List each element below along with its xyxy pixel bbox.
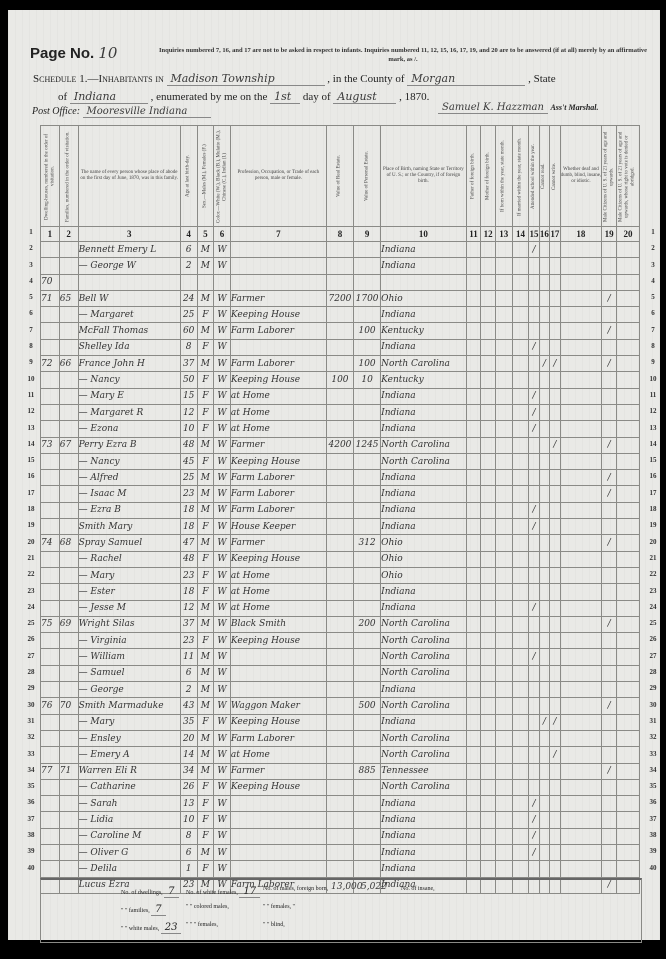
father-foreign: [466, 486, 481, 502]
born-within-year: [495, 698, 512, 714]
family-number: 66: [59, 356, 78, 372]
color: W: [214, 290, 231, 306]
cannot-read: [539, 437, 549, 453]
cannot-read: [539, 828, 549, 844]
personal-estate-value: [354, 861, 381, 877]
occupation: [230, 242, 326, 258]
vote-denied: [616, 242, 639, 258]
sex: M: [197, 242, 214, 258]
personal-estate-total: 5,022: [361, 882, 387, 892]
born-within-year: [495, 584, 512, 600]
occupation: at Home: [230, 404, 326, 420]
disability: [560, 388, 602, 404]
dwelling-number: [41, 584, 60, 600]
male-citizen: [602, 567, 617, 583]
age: 6: [180, 242, 197, 258]
color: W: [214, 470, 231, 486]
married-within-year: [512, 535, 529, 551]
real-estate-value: [326, 404, 353, 420]
family-number: 67: [59, 437, 78, 453]
cannot-read: [539, 519, 549, 535]
insane-label: No. of insane,: [401, 886, 435, 892]
family-number: [59, 567, 78, 583]
mother-foreign: [481, 682, 496, 698]
color: W: [214, 747, 231, 763]
line-number: 27: [646, 648, 660, 664]
person-name: — William: [78, 649, 180, 665]
person-name: — Jesse M: [78, 600, 180, 616]
personal-estate-value: [354, 339, 381, 355]
real-estate-value: [326, 502, 353, 518]
father-foreign: [466, 584, 481, 600]
married-within-year: [512, 796, 529, 812]
col-num: 19: [602, 227, 617, 242]
person-name: — Isaac M: [78, 486, 180, 502]
father-foreign: [466, 258, 481, 274]
cannot-write: [550, 421, 560, 437]
born-within-year: [495, 779, 512, 795]
family-number: [59, 519, 78, 535]
age: 50: [180, 372, 197, 388]
marshal-line: Samuel K. Hazzman Ass't Marshal.: [438, 102, 599, 113]
father-foreign: [466, 616, 481, 632]
family-number: [59, 861, 78, 877]
census-page: Page No. 10 Inquiries numbered 7, 16, an…: [8, 10, 660, 940]
male-citizen: [602, 714, 617, 730]
born-within-year: [495, 339, 512, 355]
vote-denied: [616, 682, 639, 698]
person-name: Smith Mary: [78, 519, 180, 535]
occupation: [230, 339, 326, 355]
father-foreign: [466, 665, 481, 681]
occupation: Farmer: [230, 437, 326, 453]
disability: [560, 682, 602, 698]
color: W: [214, 812, 231, 828]
occupation: Farmer: [230, 763, 326, 779]
person-name: — Alfred: [78, 470, 180, 486]
occupation: at Home: [230, 584, 326, 600]
disability: [560, 274, 602, 290]
attended-school: [529, 665, 539, 681]
line-number: 18: [646, 501, 660, 517]
dwelling-number: [41, 388, 60, 404]
family-number: [59, 600, 78, 616]
attended-school: [529, 323, 539, 339]
vote-denied: [616, 567, 639, 583]
dwelling-number: [41, 421, 60, 437]
occupation: Keeping House: [230, 714, 326, 730]
vote-denied: [616, 470, 639, 486]
personal-estate-value: [354, 665, 381, 681]
age: 18: [180, 519, 197, 535]
dwelling-number: [41, 453, 60, 469]
birthplace: Ohio: [381, 567, 467, 583]
line-number: 30: [24, 697, 38, 713]
col-num: 20: [616, 227, 639, 242]
white-females-count: No. of white females, 17: [186, 886, 260, 897]
col-header-19: Male Citizens of U. S. of 21 years of ag…: [602, 126, 617, 227]
male-citizen: [602, 551, 617, 567]
col-num: 16: [539, 227, 549, 242]
male-citizen: /: [602, 323, 617, 339]
attended-school: [529, 633, 539, 649]
dwelling-number: [41, 567, 60, 583]
cannot-write: [550, 616, 560, 632]
born-within-year: [495, 519, 512, 535]
line-number: 3: [24, 257, 38, 273]
disability: [560, 453, 602, 469]
dwelling-number: [41, 323, 60, 339]
father-foreign: [466, 698, 481, 714]
disability: [560, 437, 602, 453]
color: W: [214, 714, 231, 730]
cannot-write: [550, 779, 560, 795]
real-estate-value: 7200: [326, 290, 353, 306]
dwelling-number: [41, 844, 60, 860]
line-number: 15: [646, 452, 660, 468]
birthplace: Indiana: [381, 404, 467, 420]
line-number: 32: [24, 729, 38, 745]
real-estate-value: [326, 388, 353, 404]
sex: M: [197, 747, 214, 763]
line-number: 3: [646, 257, 660, 273]
line-number: 28: [24, 664, 38, 680]
occupation: Farmer: [230, 290, 326, 306]
sex: F: [197, 519, 214, 535]
birthplace: Indiana: [381, 796, 467, 812]
dwelling-number: [41, 779, 60, 795]
occupation: at Home: [230, 421, 326, 437]
col-header-13: If born within the year, state month.: [495, 126, 512, 227]
family-number: 71: [59, 763, 78, 779]
born-within-year: [495, 470, 512, 486]
dwellings-label: No. of dwellings,: [121, 890, 163, 896]
real-estate-value: [326, 698, 353, 714]
census-row: — Rachel48FWKeeping HouseOhio: [41, 551, 640, 567]
real-estate-value: [326, 421, 353, 437]
born-within-year: [495, 828, 512, 844]
line-number: 9: [24, 354, 38, 370]
real-estate-value: [326, 584, 353, 600]
color: W: [214, 437, 231, 453]
line-number: 36: [24, 794, 38, 810]
cannot-read: [539, 649, 549, 665]
census-row: — Delila1FWIndiana: [41, 861, 640, 877]
census-row: — Virginia23FWKeeping HouseNorth Carolin…: [41, 633, 640, 649]
family-number: [59, 421, 78, 437]
father-foreign: [466, 779, 481, 795]
vote-denied: [616, 290, 639, 306]
sex: M: [197, 616, 214, 632]
col-header-4: Age at last birth-day.: [180, 126, 197, 227]
cannot-write: [550, 242, 560, 258]
census-row: 7569Wright Silas37MWBlack Smith200North …: [41, 616, 640, 632]
cannot-read: [539, 421, 549, 437]
family-number: 68: [59, 535, 78, 551]
dwelling-number: [41, 600, 60, 616]
family-number: [59, 828, 78, 844]
blind-label: " " blind,: [263, 922, 285, 928]
census-row: — Ezra B18MWFarm LaborerIndiana/: [41, 502, 640, 518]
col-header-3: The name of every person whose place of …: [78, 126, 180, 227]
family-number: [59, 258, 78, 274]
cannot-read: [539, 339, 549, 355]
line-number: 14: [24, 436, 38, 452]
mother-foreign: [481, 388, 496, 404]
cannot-write: [550, 290, 560, 306]
age: 20: [180, 730, 197, 746]
mother-foreign: [481, 290, 496, 306]
line-number: 19: [646, 517, 660, 533]
sex: F: [197, 421, 214, 437]
married-within-year: [512, 861, 529, 877]
family-number: [59, 682, 78, 698]
sex: M: [197, 323, 214, 339]
dwelling-number: [41, 682, 60, 698]
cannot-write: [550, 404, 560, 420]
enumeration-line: of Indiana , enumerated by me on the 1st…: [58, 90, 429, 104]
real-estate-value: [326, 356, 353, 372]
color: W: [214, 404, 231, 420]
col-header-6: Color.—White (W.), Black (B.), Mulatto (…: [214, 126, 231, 227]
personal-estate-value: [354, 796, 381, 812]
census-row: — Oliver G6MWIndiana/: [41, 844, 640, 860]
age: 2: [180, 258, 197, 274]
cannot-read: [539, 796, 549, 812]
birthplace: Indiana: [381, 258, 467, 274]
occupation: [230, 796, 326, 812]
cannot-read: [539, 274, 549, 290]
vote-denied: [616, 356, 639, 372]
line-number: 40: [646, 860, 660, 876]
family-number: [59, 388, 78, 404]
father-foreign: [466, 388, 481, 404]
disability: [560, 616, 602, 632]
birthplace: Indiana: [381, 242, 467, 258]
married-within-year: [512, 649, 529, 665]
cannot-write: [550, 567, 560, 583]
cannot-read: [539, 404, 549, 420]
mother-foreign: [481, 861, 496, 877]
married-within-year: [512, 844, 529, 860]
color: W: [214, 698, 231, 714]
disability: [560, 649, 602, 665]
dwelling-number: [41, 747, 60, 763]
age: 10: [180, 812, 197, 828]
mother-foreign: [481, 600, 496, 616]
male-citizen: /: [602, 535, 617, 551]
born-within-year: [495, 861, 512, 877]
person-name: France John H: [78, 356, 180, 372]
cannot-read: [539, 567, 549, 583]
line-number: 9: [646, 354, 660, 370]
family-number: [59, 730, 78, 746]
married-within-year: [512, 307, 529, 323]
attended-school: /: [529, 649, 539, 665]
cannot-read: [539, 290, 549, 306]
line-number: 11: [646, 387, 660, 403]
male-citizen: [602, 258, 617, 274]
real-estate-value: [326, 682, 353, 698]
birthplace: Indiana: [381, 861, 467, 877]
disability: [560, 714, 602, 730]
mother-foreign: [481, 437, 496, 453]
male-citizen: [602, 779, 617, 795]
col-num: 9: [354, 227, 381, 242]
township-field: Madison Township: [167, 72, 325, 86]
occupation: Farm Laborer: [230, 356, 326, 372]
dwelling-number: [41, 730, 60, 746]
age: [180, 274, 197, 290]
sex: M: [197, 730, 214, 746]
personal-estate-value: [354, 844, 381, 860]
state-field: Indiana: [70, 90, 148, 104]
occupation: Keeping House: [230, 779, 326, 795]
col-header-5: Sex.—Males (M.), Females (F.): [197, 126, 214, 227]
vote-denied: [616, 421, 639, 437]
line-number: 31: [646, 713, 660, 729]
age: 8: [180, 828, 197, 844]
line-number: 21: [646, 550, 660, 566]
male-citizen: [602, 584, 617, 600]
age: 60: [180, 323, 197, 339]
family-number: 70: [59, 698, 78, 714]
age: 18: [180, 584, 197, 600]
occupation: Black Smith: [230, 616, 326, 632]
cannot-read: [539, 698, 549, 714]
born-within-year: [495, 551, 512, 567]
cannot-read: [539, 633, 549, 649]
mother-foreign: [481, 519, 496, 535]
birthplace: Indiana: [381, 828, 467, 844]
age: 45: [180, 453, 197, 469]
line-numbers-right: 1234567891011121314151617181920212223242…: [646, 224, 660, 876]
vote-denied: [616, 437, 639, 453]
sex: F: [197, 714, 214, 730]
married-within-year: [512, 356, 529, 372]
line-number: 6: [24, 305, 38, 321]
line-number: 31: [24, 713, 38, 729]
line-number: 15: [24, 452, 38, 468]
occupation: Keeping House: [230, 307, 326, 323]
male-citizen: [602, 519, 617, 535]
married-within-year: [512, 698, 529, 714]
born-within-year: [495, 356, 512, 372]
dwelling-number: [41, 796, 60, 812]
birthplace: Indiana: [381, 388, 467, 404]
white-males-label: " " white males,: [121, 926, 159, 932]
dwelling-number: [41, 486, 60, 502]
personal-estate-value: [354, 486, 381, 502]
cannot-read: [539, 486, 549, 502]
married-within-year: [512, 714, 529, 730]
birthplace: Indiana: [381, 339, 467, 355]
census-row: McFall Thomas60MWFarm Laborer100Kentucky…: [41, 323, 640, 339]
census-row: 7165Bell W24MWFarmer72001700Ohio/: [41, 290, 640, 306]
attended-school: /: [529, 388, 539, 404]
married-within-year: [512, 486, 529, 502]
age: 15: [180, 388, 197, 404]
male-citizen: [602, 844, 617, 860]
cannot-write: [550, 861, 560, 877]
personal-estate-value: [354, 274, 381, 290]
male-citizen: [602, 404, 617, 420]
cannot-write: [550, 274, 560, 290]
cannot-read: [539, 372, 549, 388]
married-within-year: [512, 584, 529, 600]
disability: [560, 372, 602, 388]
married-within-year: [512, 502, 529, 518]
father-foreign: [466, 730, 481, 746]
attended-school: [529, 307, 539, 323]
personal-estate-value: [354, 812, 381, 828]
line-number: 6: [646, 305, 660, 321]
male-citizen: [602, 633, 617, 649]
cannot-write: /: [550, 747, 560, 763]
vote-denied: [616, 519, 639, 535]
person-name: — Mary: [78, 567, 180, 583]
family-number: [59, 714, 78, 730]
married-within-year: [512, 323, 529, 339]
married-within-year: [512, 421, 529, 437]
col-header-14: If married within the year, state month.: [512, 126, 529, 227]
married-within-year: [512, 763, 529, 779]
cannot-write: /: [550, 714, 560, 730]
color: W: [214, 649, 231, 665]
line-number: 4: [24, 273, 38, 289]
personal-estate-value: [354, 567, 381, 583]
father-foreign: [466, 290, 481, 306]
occupation: Farm Laborer: [230, 730, 326, 746]
attended-school: [529, 584, 539, 600]
dwelling-number: [41, 242, 60, 258]
color: W: [214, 258, 231, 274]
enumerated-label: , enumerated by me on the: [151, 91, 268, 103]
personal-estate-value: [354, 551, 381, 567]
color: W: [214, 307, 231, 323]
marshal-signature: Samuel K. Hazzman: [438, 102, 548, 114]
age: 25: [180, 470, 197, 486]
person-name: — Margaret R: [78, 404, 180, 420]
father-foreign: [466, 567, 481, 583]
census-row: — Margaret25FWKeeping HouseIndiana: [41, 307, 640, 323]
vote-denied: [616, 258, 639, 274]
real-estate-value: [326, 453, 353, 469]
birthplace: Indiana: [381, 519, 467, 535]
person-name: — Rachel: [78, 551, 180, 567]
born-within-year: [495, 633, 512, 649]
personal-estate-value: [354, 714, 381, 730]
dwelling-number: 71: [41, 290, 60, 306]
male-citizen: /: [602, 486, 617, 502]
mother-foreign: [481, 242, 496, 258]
male-citizen: /: [602, 437, 617, 453]
col-num: 2: [59, 227, 78, 242]
father-foreign: [466, 470, 481, 486]
occupation: Farm Laborer: [230, 486, 326, 502]
post-office-field: Mooresville Indiana: [83, 106, 211, 118]
real-estate-value: [326, 730, 353, 746]
attended-school: /: [529, 812, 539, 828]
sex: M: [197, 649, 214, 665]
father-foreign: [466, 502, 481, 518]
disability: [560, 404, 602, 420]
line-number: 25: [646, 615, 660, 631]
real-estate-total: 13,000: [331, 882, 363, 892]
born-within-year: [495, 649, 512, 665]
mother-foreign: [481, 714, 496, 730]
color: W: [214, 339, 231, 355]
